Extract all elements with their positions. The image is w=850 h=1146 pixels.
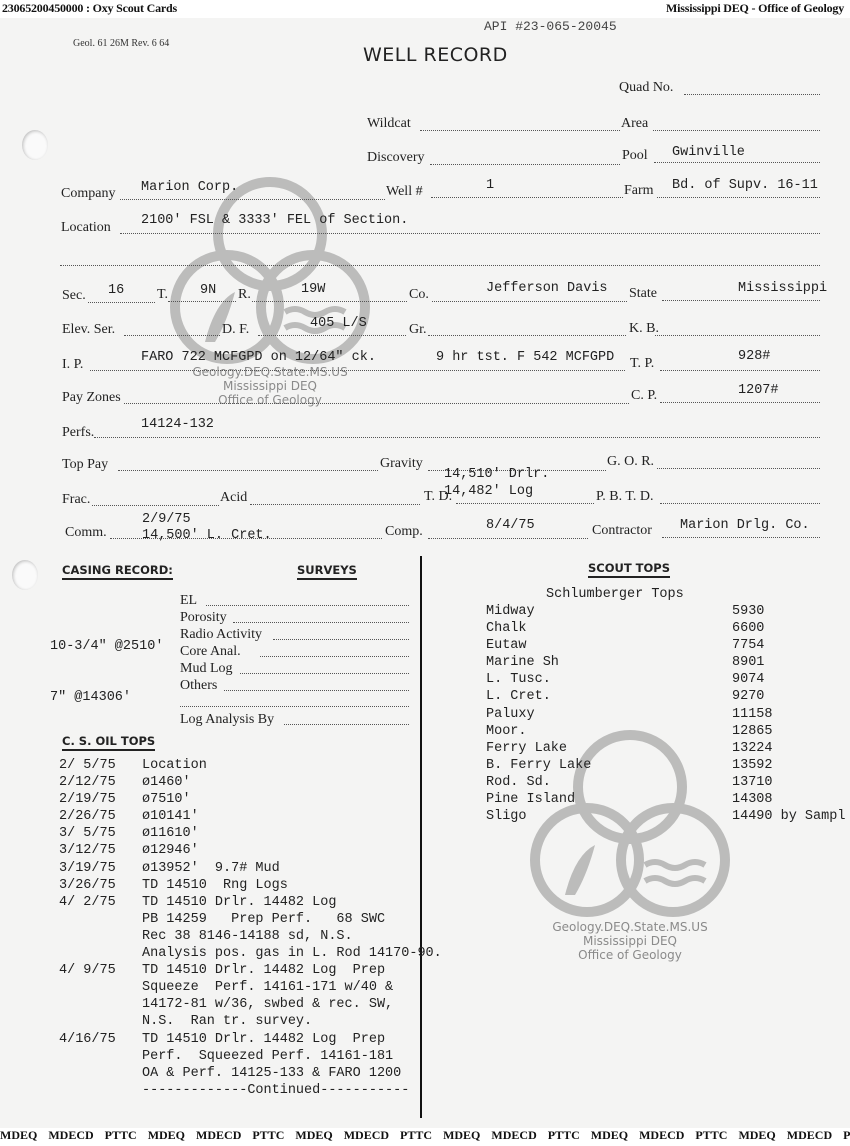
footer-tag: MDEQ — [0, 1128, 37, 1143]
td-value-log: 14,482' Log — [444, 484, 533, 499]
casing-record-heading: CASING RECORD: — [62, 563, 173, 580]
perfs-label: Perfs. — [62, 425, 94, 441]
casing-record-lines: 10-3/4" @2510' 7" @14306' — [50, 604, 163, 724]
county-value: Jefferson Davis — [486, 281, 608, 296]
oil-top-date — [59, 1065, 142, 1082]
company-line — [120, 199, 385, 200]
frac-label: Frac. — [62, 492, 90, 508]
company-value: Marion Corp. — [141, 180, 238, 195]
scout-top-row: Chalk6600 — [486, 620, 845, 637]
gr-line — [428, 335, 626, 336]
perfs-line — [94, 437, 820, 438]
formation-name: Midway — [486, 603, 732, 620]
contractor-label: Contractor — [592, 523, 652, 539]
df-line — [258, 335, 406, 336]
ip-label: I. P. — [62, 357, 83, 373]
formation-depth: 5930 — [732, 603, 764, 620]
td-value-drlr: 14,510' Drlr. — [444, 467, 549, 482]
oil-top-date — [59, 979, 142, 996]
state-value: Mississippi — [738, 281, 827, 296]
oil-top-entry: Rec 38 8146-14188 sd, N.S. — [59, 928, 442, 945]
oil-top-text: TD 14510 Drlr. 14482 Log Prep — [142, 962, 385, 979]
comp-label: Comp. — [385, 524, 423, 540]
wildcat-line — [420, 130, 620, 131]
ip-line — [90, 370, 625, 371]
area-label: Area — [621, 116, 648, 132]
top-pay-line — [118, 470, 378, 471]
scout-top-row: Pine Island14308 — [486, 791, 845, 808]
oil-top-date — [59, 996, 142, 1013]
formation-depth: 12865 — [732, 723, 773, 740]
county-label: Co. — [409, 287, 429, 303]
watermark-text-top: Geology.DEQ.State.MS.US Mississippi DEQ … — [160, 365, 380, 407]
oil-top-entry: 3/19/75ø13952' 9.7# Mud — [59, 860, 442, 877]
oil-top-date: 4/ 9/75 — [59, 962, 142, 979]
company-label: Company — [61, 186, 115, 202]
formation-name: Eutaw — [486, 637, 732, 654]
scout-top-row: Ferry Lake13224 — [486, 740, 845, 757]
footer-tag: PTTC — [843, 1128, 850, 1143]
oil-top-text: ø12946' — [142, 842, 199, 859]
elev-ser-label: Elev. Ser. — [62, 322, 115, 338]
acid-label: Acid — [220, 490, 247, 506]
ip-value-test: 9 hr tst. F 542 MCFGPD — [436, 350, 614, 365]
watermark-logo-icon — [165, 172, 375, 372]
survey-others-line — [224, 690, 409, 691]
elev-ser-line — [124, 335, 220, 336]
oil-top-date — [59, 945, 142, 962]
tp-line — [660, 370, 820, 371]
footer-tag: MDECD — [48, 1128, 93, 1143]
header-record-id: 23065200450000 : Oxy Scout Cards — [2, 1, 177, 16]
formation-depth: 14490 by Sampl — [732, 808, 845, 825]
punch-hole-top — [22, 130, 48, 160]
oil-top-entry: Analysis pos. gas in L. Rod 14170-90. — [59, 945, 442, 962]
t-label: T. — [157, 287, 168, 303]
scout-tops-heading: SCOUT TOPS — [588, 561, 670, 578]
oil-top-date: 3/26/75 — [59, 877, 142, 894]
oil-top-text: Location — [142, 757, 207, 774]
oil-top-text: 14172-81 w/36, swbed & rec. SW, — [142, 996, 393, 1013]
footer-tag: PTTC — [105, 1128, 137, 1143]
scout-top-row: Eutaw7754 — [486, 637, 845, 654]
formation-name: Marine Sh — [486, 654, 732, 671]
formation-depth: 11158 — [732, 706, 773, 723]
comp-line — [428, 538, 588, 539]
oil-top-date: 2/ 5/75 — [59, 757, 142, 774]
oil-top-text: N.S. Ran tr. survey. — [142, 1013, 312, 1030]
r-value: 19W — [301, 282, 325, 297]
oil-top-entry: 3/26/75TD 14510 Rng Logs — [59, 877, 442, 894]
pool-line — [654, 162, 820, 163]
formation-depth: 14308 — [732, 791, 773, 808]
survey-radio-line — [273, 639, 409, 640]
farm-label: Farm — [624, 183, 654, 199]
oil-top-text: ø13952' 9.7# Mud — [142, 860, 280, 877]
location-line — [120, 233, 820, 234]
form-number: Geol. 61 26M Rev. 6 64 — [73, 38, 169, 49]
footer-tag: MDECD — [491, 1128, 536, 1143]
kb-line — [655, 335, 820, 336]
oil-top-date: 3/ 5/75 — [59, 825, 142, 842]
oil-top-entry: 2/26/75ø10141' — [59, 808, 442, 825]
comm-label: Comm. — [65, 525, 107, 541]
farm-value: Bd. of Supv. 16-11 — [672, 178, 818, 193]
formation-name: Sligo — [486, 808, 732, 825]
form-title: WELL RECORD — [363, 44, 508, 66]
gor-line — [657, 468, 820, 469]
watermark-text-bottom: Geology.DEQ.State.MS.US Mississippi DEQ … — [520, 920, 740, 962]
scout-top-row: L. Cret.9270 — [486, 688, 845, 705]
scout-top-row: B. Ferry Lake13592 — [486, 757, 845, 774]
formation-name: Moor. — [486, 723, 732, 740]
pay-zones-line — [124, 403, 629, 404]
footer-tag: MDECD — [344, 1128, 389, 1143]
oil-top-entry: OA & Perf. 14125-133 & FARO 1200 — [59, 1065, 442, 1082]
oil-top-text: TD 14510 Rng Logs — [142, 877, 288, 894]
sec-line — [88, 302, 155, 303]
footer-tag: PTTC — [400, 1128, 432, 1143]
well-no-label: Well # — [386, 184, 423, 200]
survey-others: Others — [180, 678, 217, 694]
oil-top-text: TD 14510 Drlr. 14482 Log — [142, 894, 336, 911]
contractor-line — [662, 537, 820, 538]
formation-name: Ferry Lake — [486, 740, 732, 757]
cp-label: C. P. — [631, 388, 657, 404]
oil-top-date: 2/26/75 — [59, 808, 142, 825]
state-label: State — [629, 286, 657, 302]
oil-top-text: Rec 38 8146-14188 sd, N.S. — [142, 928, 353, 945]
oil-top-entry: 4/16/75TD 14510 Drlr. 14482 Log Prep — [59, 1031, 442, 1048]
formation-name: B. Ferry Lake — [486, 757, 732, 774]
scout-top-row: Paluxy11158 — [486, 706, 845, 723]
t-value: 9N — [200, 283, 216, 298]
oil-top-entry: Perf. Squeezed Perf. 14161-181 — [59, 1048, 442, 1065]
survey-el: EL — [180, 593, 197, 609]
perfs-value: 14124-132 — [141, 417, 214, 432]
t-line — [168, 301, 236, 302]
scout-top-row: Sligo14490 by Sampl — [486, 808, 845, 825]
oil-top-text: OA & Perf. 14125-133 & FARO 1200 — [142, 1065, 401, 1082]
r-label: R. — [238, 287, 251, 303]
oil-top-date — [59, 911, 142, 928]
oil-top-text: Perf. Squeezed Perf. 14161-181 — [142, 1048, 393, 1065]
api-number: API #23-065-20045 — [484, 19, 617, 34]
survey-core-line — [260, 656, 409, 657]
footer-tag: MDECD — [639, 1128, 684, 1143]
oil-top-entry: PB 14259 Prep Perf. 68 SWC — [59, 911, 442, 928]
sec-value: 16 — [108, 283, 124, 298]
oil-top-text: ø11610' — [142, 825, 199, 842]
oil-top-text: ø7510' — [142, 791, 191, 808]
oil-top-entry: 14172-81 w/36, swbed & rec. SW, — [59, 996, 442, 1013]
footer-tag: MDEQ — [148, 1128, 185, 1143]
formation-name: L. Tusc. — [486, 671, 732, 688]
sec-label: Sec. — [62, 288, 86, 304]
oil-top-text: PB 14259 Prep Perf. 68 SWC — [142, 911, 385, 928]
survey-radio-activity: Radio Activity — [180, 627, 262, 643]
oil-top-date: 2/19/75 — [59, 791, 142, 808]
scout-top-row: Moor.12865 — [486, 723, 845, 740]
location-label: Location — [61, 220, 111, 236]
oil-top-text: Squeeze Perf. 14161-171 w/40 & — [142, 979, 393, 996]
punch-hole-bottom — [12, 560, 38, 590]
wildcat-label: Wildcat — [367, 116, 411, 132]
cp-line — [660, 402, 820, 403]
formation-name: Chalk — [486, 620, 732, 637]
ip-value: FARO 722 MCFGPD on 12/64" ck. — [141, 350, 376, 365]
surveys-heading: SURVEYS — [297, 563, 357, 580]
oil-top-text: -------------Continued----------- — [142, 1082, 409, 1099]
oil-top-date: 2/12/75 — [59, 774, 142, 791]
page-header: 23065200450000 : Oxy Scout Cards Mississ… — [0, 0, 850, 18]
footer-tag: MDECD — [196, 1128, 241, 1143]
oil-top-text: ø1460' — [142, 774, 191, 791]
r-line — [252, 301, 407, 302]
discovery-label: Discovery — [367, 150, 425, 166]
top-pay-label: Top Pay — [62, 457, 108, 473]
survey-mud-log: Mud Log — [180, 661, 233, 677]
pay-zones-label: Pay Zones — [62, 390, 121, 406]
oil-top-entry: 2/19/75ø7510' — [59, 791, 442, 808]
header-agency: Mississippi DEQ - Office of Geology — [666, 1, 844, 16]
footer-tag: MDECD — [787, 1128, 832, 1143]
formation-name: Paluxy — [486, 706, 732, 723]
oil-top-text: Analysis pos. gas in L. Rod 14170-90. — [142, 945, 442, 962]
formation-depth: 8901 — [732, 654, 764, 671]
discovery-line — [430, 164, 620, 165]
comm-value-formation: 14,500' L. Cret. — [142, 528, 272, 543]
county-line — [432, 301, 627, 302]
casing-line: 7" @14306' — [50, 689, 163, 706]
df-label: D. F. — [222, 322, 249, 338]
gor-label: G. O. R. — [607, 454, 654, 470]
gravity-label: Gravity — [380, 456, 423, 472]
oil-top-date — [59, 1082, 142, 1099]
formation-depth: 7754 — [732, 637, 764, 654]
survey-el-line — [206, 605, 409, 606]
tp-value: 928# — [738, 349, 770, 364]
formation-depth: 13592 — [732, 757, 773, 774]
oil-top-text: ø10141' — [142, 808, 199, 825]
scout-top-row: L. Tusc.9074 — [486, 671, 845, 688]
oil-top-date — [59, 1013, 142, 1030]
acid-line — [250, 504, 420, 505]
oil-top-entry: 3/ 5/75ø11610' — [59, 825, 442, 842]
survey-log-analysis-by: Log Analysis By — [180, 712, 274, 728]
formation-name: L. Cret. — [486, 688, 732, 705]
schlumberger-tops-subheading: Schlumberger Tops — [546, 586, 684, 603]
footer-tag: MDEQ — [591, 1128, 628, 1143]
comp-value: 8/4/75 — [486, 518, 535, 533]
contractor-value: Marion Drlg. Co. — [680, 518, 810, 533]
oil-top-date: 4/ 2/75 — [59, 894, 142, 911]
casing-line: 10-3/4" @2510' — [50, 638, 163, 655]
footer-tag: MDEQ — [443, 1128, 480, 1143]
tp-label: T. P. — [630, 356, 654, 372]
formation-name: Rod. Sd. — [486, 774, 732, 791]
oil-top-entry: -------------Continued----------- — [59, 1082, 442, 1099]
oil-top-date: 3/12/75 — [59, 842, 142, 859]
oil-top-entry: 4/ 9/75TD 14510 Drlr. 14482 Log Prep — [59, 962, 442, 979]
oil-top-date — [59, 1048, 142, 1065]
oil-top-date: 3/19/75 — [59, 860, 142, 877]
farm-line — [657, 197, 820, 198]
footer-tag: MDEQ — [295, 1128, 332, 1143]
scout-top-row: Midway5930 — [486, 603, 845, 620]
footer-tag: PTTC — [695, 1128, 727, 1143]
footer-tag: PTTC — [548, 1128, 580, 1143]
quad-no-line — [684, 94, 820, 95]
survey-porosity-line — [233, 622, 409, 623]
formation-name: Pine Island — [486, 791, 732, 808]
formation-depth: 6600 — [732, 620, 764, 637]
scout-top-row: Marine Sh8901 — [486, 654, 845, 671]
td-line — [456, 503, 594, 504]
well-no-line — [431, 197, 623, 198]
survey-blank-line — [180, 706, 409, 707]
pbtd-line — [660, 503, 820, 504]
location-line-2 — [60, 265, 820, 266]
oil-top-entry: 2/ 5/75Location — [59, 757, 442, 774]
oil-top-entry: 3/12/75ø12946' — [59, 842, 442, 859]
oil-top-entry: 4/ 2/75TD 14510 Drlr. 14482 Log — [59, 894, 442, 911]
state-line — [662, 300, 820, 301]
cs-oil-tops-list: 2/ 5/75Location2/12/75ø1460'2/19/75ø7510… — [59, 757, 442, 1099]
formation-depth: 13224 — [732, 740, 773, 757]
formation-depth: 13710 — [732, 774, 773, 791]
footer-tag: MDEQ — [738, 1128, 775, 1143]
location-value: 2100' FSL & 3333' FEL of Section. — [141, 213, 408, 228]
df-value: 405 L/S — [310, 316, 367, 331]
oil-top-entry: N.S. Ran tr. survey. — [59, 1013, 442, 1030]
pool-value: Gwinville — [672, 145, 745, 160]
survey-porosity: Porosity — [180, 610, 227, 626]
pool-label: Pool — [622, 148, 648, 164]
oil-top-text: TD 14510 Drlr. 14482 Log Prep — [142, 1031, 385, 1048]
oil-top-entry: 2/12/75ø1460' — [59, 774, 442, 791]
cp-value: 1207# — [738, 383, 779, 398]
scout-tops-list: Midway5930Chalk6600Eutaw7754Marine Sh890… — [486, 603, 845, 825]
cs-oil-tops-heading: C. S. OIL TOPS — [62, 734, 155, 751]
well-no-value: 1 — [486, 178, 494, 193]
comm-value-date: 2/9/75 — [142, 512, 191, 527]
area-line — [653, 130, 820, 131]
page-footer: MDEQMDECDPTTCMDEQMDECDPTTCMDEQMDECDPTTCM… — [0, 1128, 850, 1146]
scout-top-row: Rod. Sd.13710 — [486, 774, 845, 791]
quad-no-label: Quad No. — [619, 80, 673, 96]
survey-log-analysis-line — [284, 724, 409, 725]
survey-mud-line — [240, 673, 409, 674]
oil-top-date — [59, 928, 142, 945]
survey-core-anal: Core Anal. — [180, 644, 241, 660]
footer-tag: PTTC — [252, 1128, 284, 1143]
pbtd-label: P. B. T. D. — [596, 489, 653, 505]
oil-top-entry: Squeeze Perf. 14161-171 w/40 & — [59, 979, 442, 996]
formation-depth: 9074 — [732, 671, 764, 688]
formation-depth: 9270 — [732, 688, 764, 705]
frac-line — [92, 505, 219, 506]
oil-top-date: 4/16/75 — [59, 1031, 142, 1048]
gr-label: Gr. — [409, 322, 427, 338]
